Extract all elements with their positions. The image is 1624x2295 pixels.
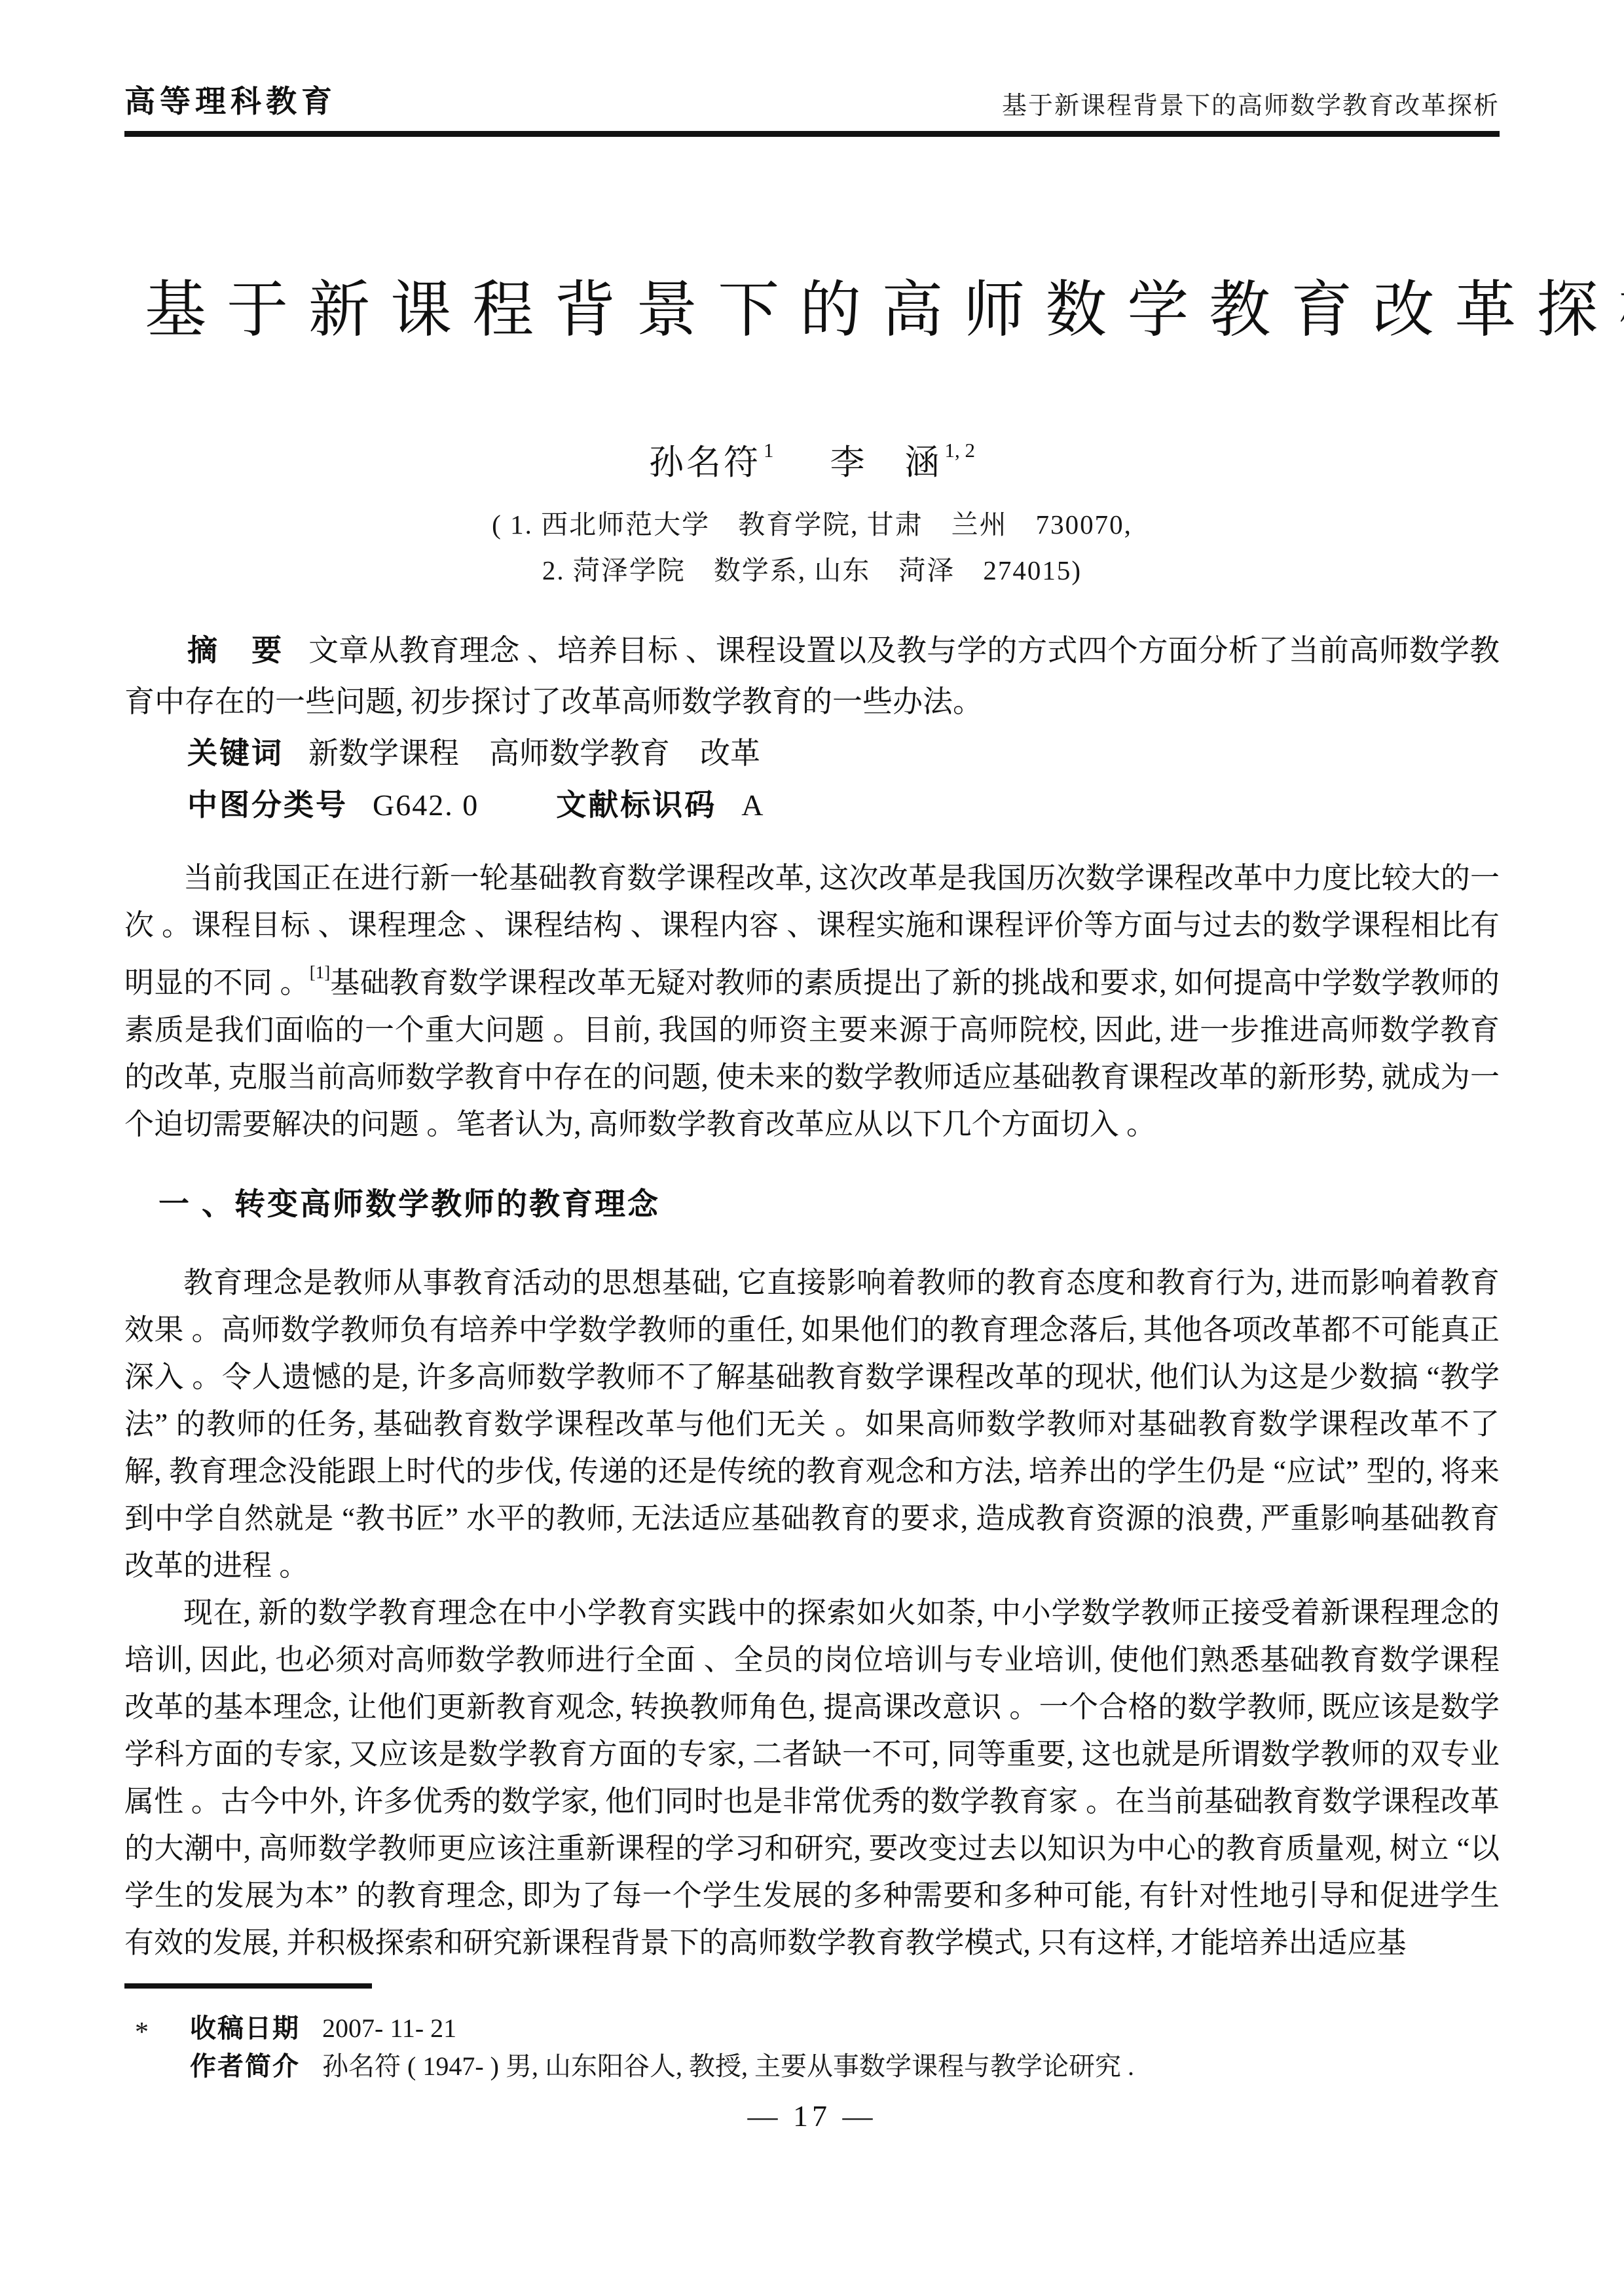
affiliations: ( 1. 西北师范大学 教育学院, 甘肃 兰州 730070, 2. 菏泽学院 … — [124, 502, 1500, 593]
author-bio-label: 作者简介 — [190, 2052, 300, 2081]
running-head: 高等理科教育 基于新课程背景下的高师数学教育改革探析 — [124, 77, 1500, 121]
author: 孙名符1 — [649, 444, 774, 482]
abstract-label: 摘 要 — [187, 633, 284, 667]
document-code-label: 文献标识码 — [556, 788, 716, 822]
affiliation-line: 2. 菏泽学院 数学系, 山东 菏泽 274015) — [124, 547, 1500, 593]
header-rule — [124, 131, 1500, 137]
author-bio-line: 作者简介孙名符 ( 1947- ) 男, 山东阳谷人, 教授, 主要从事数学课程… — [190, 2047, 1500, 2085]
abstract: 摘 要文章从教育理念 、培养目标 、课程设置以及教与学的方式四个方面分析了当前高… — [124, 625, 1500, 727]
keywords-label: 关键词 — [187, 736, 284, 770]
article-meta: 摘 要文章从教育理念 、培养目标 、课程设置以及教与学的方式四个方面分析了当前高… — [124, 625, 1500, 831]
footnote-asterisk: * — [135, 2013, 149, 2051]
body-paragraph: 当前我国正在进行新一轮基础教育数学课程改革, 这次改革是我国历次数学课程改革中力… — [124, 854, 1500, 1148]
footnote-block: * 收稿日期2007- 11- 21 作者简介孙名符 ( 1947- ) 男, … — [124, 1983, 1500, 2085]
abstract-text: 文章从教育理念 、培养目标 、课程设置以及教与学的方式四个方面分析了当前高师数学… — [124, 634, 1500, 718]
received-date-line: 收稿日期2007- 11- 21 — [190, 2010, 1500, 2047]
affiliation-line: ( 1. 西北师范大学 教育学院, 甘肃 兰州 730070, — [124, 502, 1500, 547]
journal-name: 高等理科教育 — [124, 77, 337, 121]
author: 李 涵1, 2 — [830, 444, 976, 482]
section-heading-1: 一 、转变高师数学教师的教育理念 — [124, 1181, 1500, 1228]
author-affil-sup: 1 — [764, 439, 774, 462]
document-code: A — [741, 788, 764, 822]
author-line: 孙名符1李 涵1, 2 — [124, 435, 1500, 485]
article-body: 当前我国正在进行新一轮基础教育数学课程改革, 这次改革是我国历次数学课程改革中力… — [124, 854, 1500, 1966]
received-date-label: 收稿日期 — [190, 2014, 300, 2043]
author-affil-sup: 1, 2 — [945, 439, 976, 462]
keywords-text: 新数学课程 高师数学教育 改革 — [308, 737, 760, 770]
author-name: 李 涵 — [830, 444, 942, 482]
article-title-text: 基于新课程背景下的高师数学教育改革探析 — [145, 276, 1624, 344]
body-paragraph: 现在, 新的数学教育理念在中小学教育实践中的探索如火如荼, 中小学数学教师正接受… — [124, 1589, 1500, 1966]
received-date-value: 2007- 11- 21 — [322, 2013, 456, 2043]
clc-line: 中图分类号G642. 0文献标识码A — [124, 779, 1500, 831]
page-number: — 17 — — [124, 2099, 1500, 2133]
author-bio-value: 孙名符 ( 1947- ) 男, 山东阳谷人, 教授, 主要从事数学课程与教学论… — [322, 2051, 1134, 2081]
footnote-body: * 收稿日期2007- 11- 21 作者简介孙名符 ( 1947- ) 男, … — [124, 2010, 1500, 2085]
clc-number: G642. 0 — [373, 788, 479, 822]
body-paragraph: 教育理念是教师从事教育活动的思想基础, 它直接影响着教师的教育态度和教育行为, … — [124, 1259, 1500, 1589]
paragraph-text: 基础教育数学课程改革无疑对教师的素质提出了新的挑战和要求, 如何提高中学数学教师… — [124, 966, 1500, 1141]
article-title: 基于新课程背景下的高师数学教育改革探析* — [124, 260, 1500, 348]
running-title: 基于新课程背景下的高师数学教育改革探析 — [1002, 85, 1500, 121]
author-name: 孙名符 — [649, 444, 761, 482]
keywords: 关键词新数学课程 高师数学教育 改革 — [124, 727, 1500, 779]
journal-page: 高等理科教育 基于新课程背景下的高师数学教育改革探析 基于新课程背景下的高师数学… — [0, 0, 1624, 2295]
footnote-rule — [124, 1983, 372, 1989]
citation-ref: [1] — [310, 963, 330, 982]
clc-label: 中图分类号 — [187, 788, 348, 822]
